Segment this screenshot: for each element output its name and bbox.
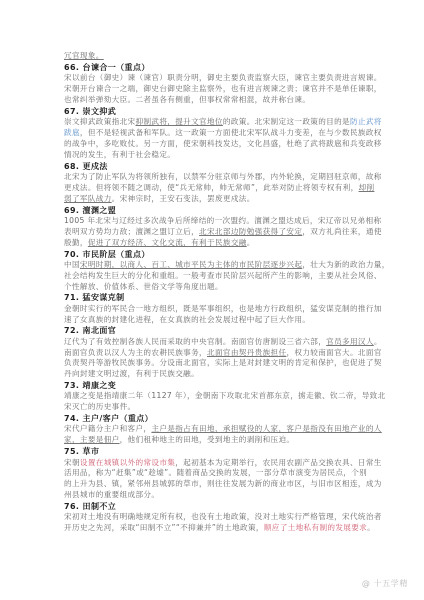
document-page: 冗官现象。 66. 台谏合一（重点） 宋以前台（御史）谏（谏官）职责分明，御史主… (64, 51, 362, 534)
intro-tail: 冗官现象。 (64, 51, 362, 62)
section-68-heading: 68. 更戍法 (64, 161, 362, 172)
section-68-text: 更戍法。但将领不随之调动，使“兵无常帅，帅无常师”，此举对防止将领专权有利，却削 (64, 183, 362, 194)
section-69-text: 表明双方势均力敌；澶渊之盟订立后，北宋北部边防勉强获得了安定，双方礼尚往来，通使 (64, 227, 362, 238)
section-67-text: 的战争中，多吃败仗。另一方面，使宋朝科技发达，文化昌盛，杜绝了武将跋扈和兵变政移 (64, 139, 362, 150)
watermark: @ 十五学精 (362, 578, 408, 589)
section-76-text: 宋初对土地没有明确地规定所有权，也没有土地政策，没对土地实行严格管理，宋代统治者 (64, 512, 362, 523)
section-75-text: 的上升为县、镇，紧邻州县城郭的草市，则往往发展为新的商业市区，与旧市区相连，成为 (64, 479, 362, 490)
section-67-heading: 67. 崇文抑武 (64, 106, 362, 117)
section-72-heading: 72. 南北面官 (64, 325, 362, 336)
section-70-heading: 70. 市民阶层（重点） (64, 249, 362, 260)
section-68-text: 北宋为了防止军队为将领所独有，以禁军分驻京师与外郡，内外轮换，定期回驻京师，故称 (64, 172, 362, 183)
section-75-text: 活用品，称为“赶集”或“趁墟”。随着商品交换的发展，一部分草市演变为居民点，个别 (64, 468, 362, 479)
section-74-text: 宋代户籍分主户和客户，主户是指占有田地，承担赋役的人家，客户是指没有田地产业的人 (64, 424, 362, 435)
section-73-text: 靖康之变是指靖康二年（1127 年），金朝南下攻取北宋首都东京，掳走徽、钦二帝，… (64, 391, 362, 402)
section-67-text: 崇文抑武政策指北宋抑制武将，提升文官地位的政策。北宋制定这一政策的目的是防止武将 (64, 117, 362, 128)
section-66-heading: 66. 台谏合一（重点） (64, 62, 362, 73)
section-76-text: 开历史之先河，采取“田制不立”“不抑兼并”的土地政策，顺应了土地私有制的发展要求… (64, 523, 362, 534)
section-72-text: 南面官负责以汉人为主的农耕民族事务，北面官由契丹贵族担任，权力较南面官大。北面官 (64, 348, 362, 359)
section-66-text: 也常纠举弹劾大臣。二者虽各有侧重，但事权常常相混，故并称台谏。 (64, 95, 362, 106)
section-75-heading: 75. 草市 (64, 446, 362, 457)
section-66-text: 宋朝开台谏合一之端，御史台御史除主监察外，也有进言规谏之责；谏官并不是单任谏职， (64, 84, 362, 95)
section-67-text: 情况的发生，有利于社会稳定。 (64, 150, 362, 161)
section-75-text: 州县城市的重要组成部分。 (64, 490, 362, 501)
section-66-text: 宋以前台（御史）谏（谏官）职责分明，御史主要负责监察大臣，谏官主要负责进言规谏。 (64, 73, 362, 84)
section-68-text: 弱了军队战力。宋神宗时，王安石变法，罢废更戍法。 (64, 194, 362, 205)
section-75-text: 宋朝设置在城镇以外的常设市集，起初基本为定期举行，农民用农副产品交换农具、日常生 (64, 458, 362, 469)
section-69-heading: 69. 澶渊之盟 (64, 205, 362, 216)
section-72-text: 丹向封建文明过渡，有利于民族交融。 (64, 369, 362, 380)
section-69-text: 1005 年北宋与辽经过多次战争后所缔结的一次盟约。澶渊之盟达成后，宋辽帝以兄弟… (64, 216, 362, 227)
section-69-text: 殷勤，促进了双方经济、文化交流，有利于民族交融。 (64, 238, 362, 249)
section-72-text: 辽代为了有效控制各族人民而采取的中央官制。南面官仿唐制设三省六部，官员多用汉人。 (64, 337, 362, 348)
section-74-heading: 74. 主户/客户（重点） (64, 413, 362, 424)
section-67-text: 跋扈，但不是轻视武备和军队。这一政策一方面使北宋军队战斗力变差，在与少数民族政权 (64, 128, 362, 139)
section-71-heading: 71. 猛安谋克制 (64, 292, 362, 303)
section-70-text: 中国宋明时期，以商人、百工、城市平民为主体的市民阶层逐步兴起，壮大为新的政治力量… (64, 260, 362, 271)
section-74-text: 家，主要是佃户，他们租种地主的田地，受到地主的剥削和压迫。 (64, 435, 362, 446)
section-71-text: 速了女真族的封建化进程，在女真族的社会发展过程中起了巨大作用。 (64, 315, 362, 326)
section-70-text: 个性解放、价值体系、世俗文学等角度出题。 (64, 282, 362, 293)
section-70-text: 社会结构发生巨大的分化和重组。一般考查市民阶层兴起所产生的影响，主要从社会风俗、 (64, 271, 362, 282)
section-71-text: 金朝时实行的军民合一地方组织，既是军事组织，也是地方行政组织，猛安谋克制的推行加 (64, 304, 362, 315)
section-76-heading: 76. 田制不立 (64, 501, 362, 512)
section-73-text: 宋灭亡的历史事件。 (64, 402, 362, 413)
section-73-heading: 73. 靖康之变 (64, 380, 362, 391)
section-72-text: 负责契丹等游牧民族事务。分设南北面官，实际上是对封建文明的肯定和保护，也促进了契 (64, 358, 362, 369)
